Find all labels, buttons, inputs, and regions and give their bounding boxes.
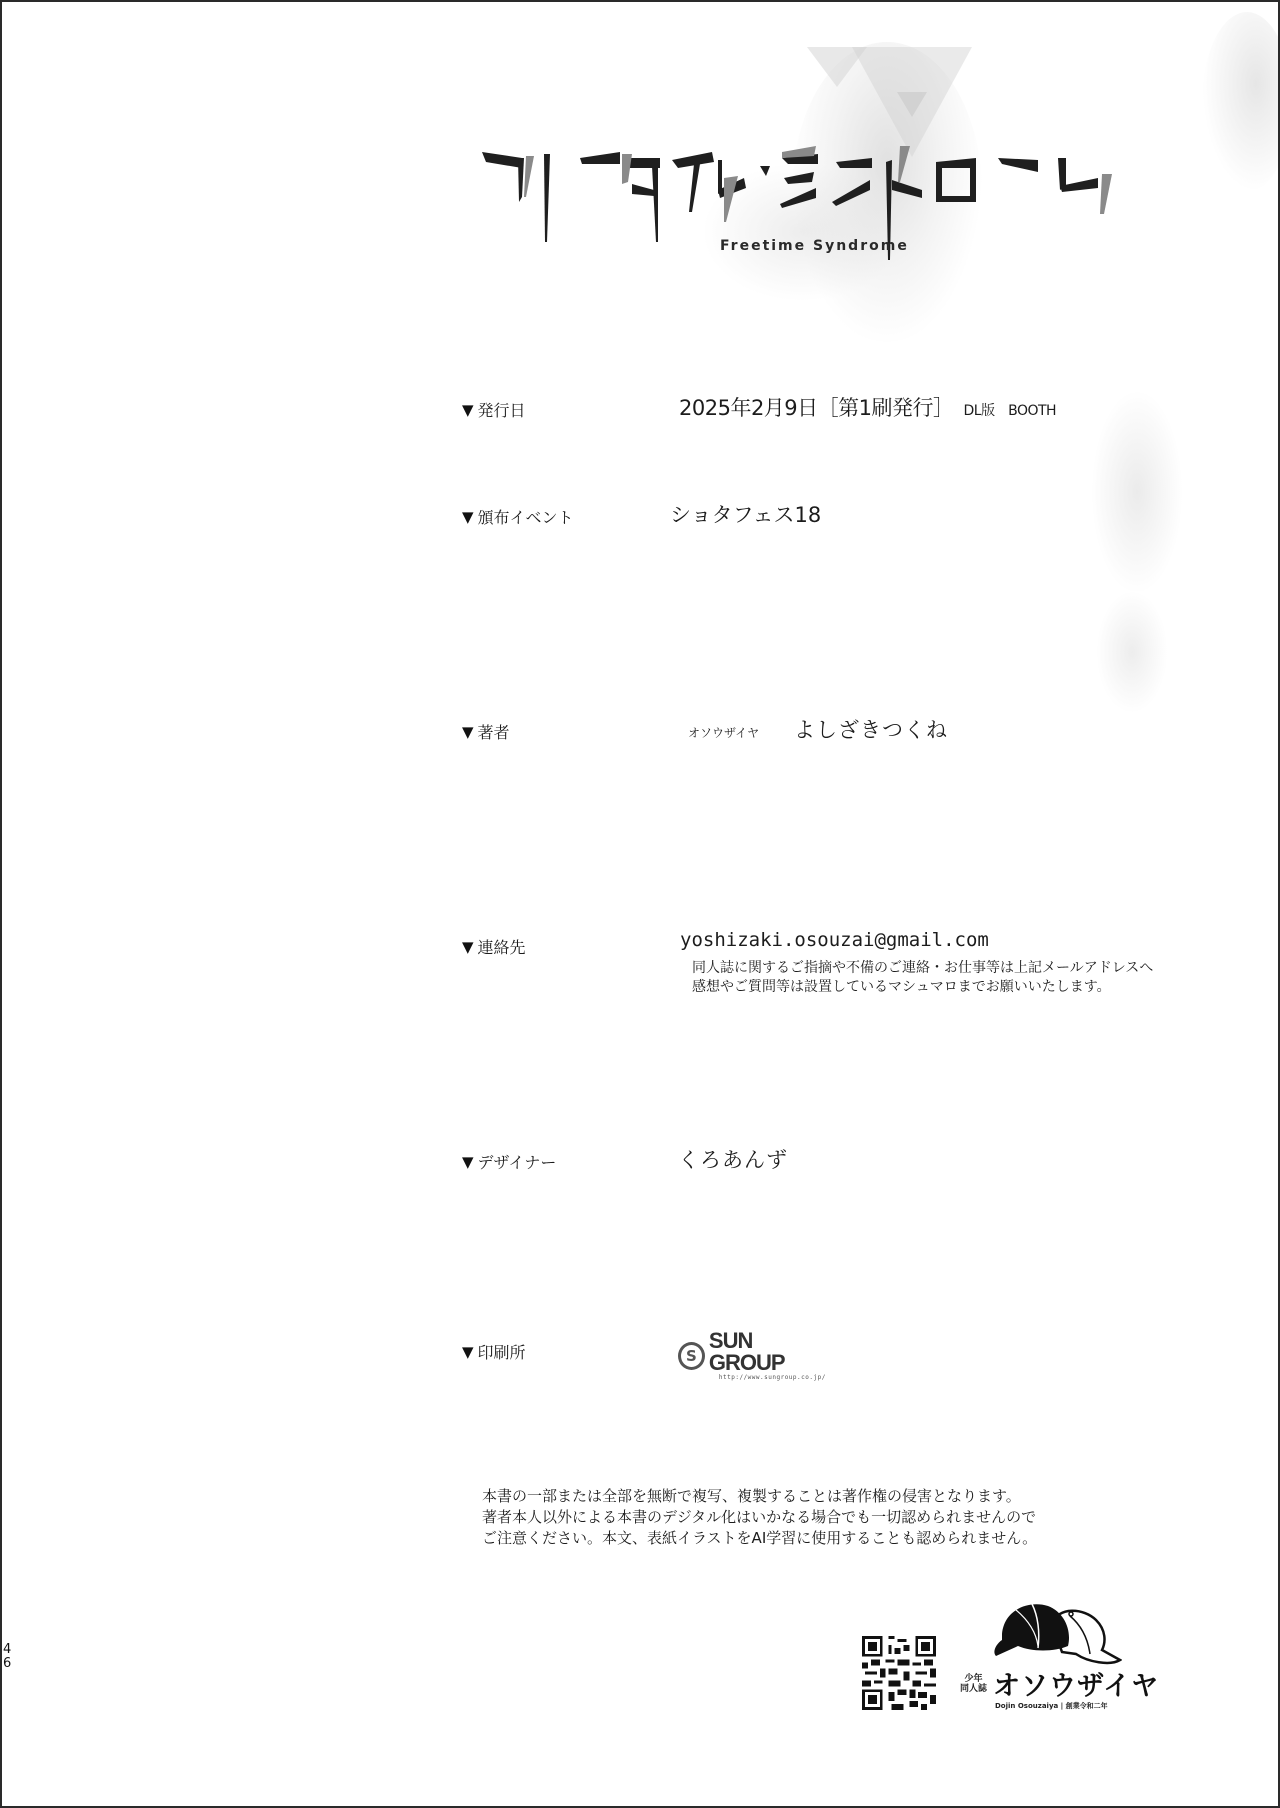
printer-name: SUN GROUP (709, 1330, 827, 1374)
triangle-bullet-icon: ▼ (462, 938, 474, 956)
grunge-texture (1202, 12, 1280, 192)
copyright-notice: 本書の一部または全部を無断で複写、複製することは著作権の侵害となります。 著者本… (482, 1486, 1037, 1549)
edition-info: DL版 BOOTH (964, 403, 1057, 419)
value-designer: くろあんず (678, 1144, 788, 1174)
label-contact: ▼ 連絡先 (462, 935, 526, 958)
page-number: 4 6 (3, 1643, 13, 1671)
author-circle: オソウザイヤ (688, 724, 759, 741)
label-designer: ▼ デザイナー (462, 1150, 556, 1173)
triangle-bullet-icon: ▼ (462, 1343, 474, 1361)
value-author: よしざきつくね (794, 714, 948, 744)
grunge-texture (1092, 392, 1182, 592)
triangle-bullet-icon: ▼ (462, 401, 474, 419)
label-printer: ▼ 印刷所 (462, 1340, 526, 1363)
label-author: ▼ 著者 (462, 720, 510, 743)
value-publish-date: 2025年2月9日［第1刷発行］DL版 BOOTH (679, 392, 1056, 422)
cap-logo-icon (992, 1596, 1122, 1671)
triangle-bullet-icon: ▼ (462, 508, 474, 526)
brand-name: オソウザイヤ (993, 1664, 1159, 1703)
grunge-texture (1097, 592, 1167, 712)
triangle-bullet-icon: ▼ (462, 1153, 474, 1171)
colophon-page: Freetime Syndrome ▼ 発行日 2025年2月9日［第1刷発行］… (0, 0, 1280, 1808)
triangle-bullet-icon: ▼ (462, 723, 474, 741)
contact-note: 同人誌に関するご指摘や不備のご連絡・お仕事等は上記メールアドレスへ 感想やご質問… (692, 959, 1153, 997)
brand-logo: 少年 同人誌 オソウザイヤ (960, 1664, 1159, 1703)
label-event: ▼ 頒布イベント (462, 505, 574, 528)
label-publish-date: ▼ 発行日 (462, 398, 526, 421)
sun-group-mark-icon: S (678, 1342, 705, 1370)
brand-tagline: 少年 同人誌 (960, 1674, 987, 1694)
value-event: ショタフェス18 (670, 499, 821, 529)
title-english: Freetime Syndrome (720, 238, 909, 254)
printer-url: http://www.sungroup.co.jp/ (719, 1374, 827, 1381)
brand-subtitle: Dojin Osouzaiya | 創業令和二年 (995, 1701, 1108, 1711)
sun-group-logo: S SUN GROUP http://www.sungroup.co.jp/ (678, 1330, 827, 1381)
qr-code-icon[interactable] (862, 1636, 936, 1710)
contact-email-link[interactable]: yoshizaki.osouzai@gmail.com (680, 929, 989, 951)
